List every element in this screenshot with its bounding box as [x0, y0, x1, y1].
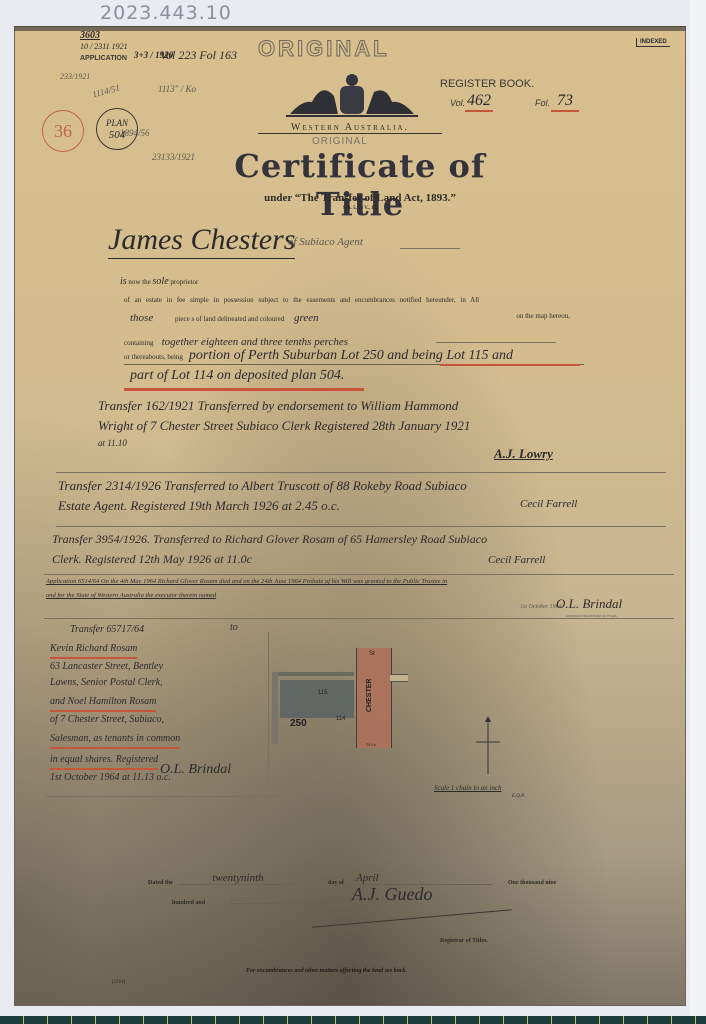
signature: Cecil Farrell	[520, 498, 577, 510]
entry-line: and Noel Hamilton Rosam	[50, 694, 156, 712]
entry-line: to	[230, 622, 238, 633]
rule	[436, 342, 556, 343]
entry-divider	[46, 796, 316, 797]
footer-small: [1914]	[112, 980, 125, 985]
background-margin	[690, 0, 706, 1024]
entry-divider	[56, 526, 666, 527]
body-line-5: or thereabouts, being portion of Perth S…	[124, 346, 584, 365]
line3-text: piece s of land delineated and coloured	[175, 315, 284, 323]
body-line-6: part of Lot 114 on deposited plan 504.	[130, 368, 344, 384]
street-name: CHESTER	[366, 679, 373, 712]
entry-line: Kevin Richard Rosam	[50, 641, 137, 659]
body-line-1: is now the sole proprietor	[120, 276, 198, 287]
fol-label: Fol.	[535, 98, 550, 108]
entry-line: Estate Agent. Registered 19th March 1926…	[58, 498, 340, 514]
perforated-original-stamp: ORIGINAL	[258, 36, 390, 62]
signature: A.J. Lowry	[494, 446, 553, 462]
entry-line: of 7 Chester Street, Subiaco,	[50, 712, 280, 728]
indexed-stamp: INDEXED	[636, 38, 670, 47]
proprietor-name: James Chesters	[108, 222, 295, 259]
plan-number: 504	[109, 129, 126, 141]
registrar-label: Registrar of Titles.	[440, 938, 488, 944]
entry-divider	[44, 618, 674, 619]
count-value: those	[130, 312, 153, 324]
sole-word: sole	[153, 276, 169, 287]
body-line-2: of an estate in fee simple in possession…	[124, 296, 479, 304]
entry-line: Transfer 2314/1926 Transferred to Albert…	[58, 478, 467, 494]
entry-line: Application 6514/64 On the 4th May 1964 …	[46, 578, 447, 585]
hundred-and-label: hundred and	[172, 900, 205, 906]
plan-circle-stamp: PLAN 504	[96, 108, 138, 150]
map-boundary	[272, 672, 354, 676]
scale-note: Scale 1 chain to an inch	[434, 784, 501, 792]
application-label: APPLICATION	[80, 55, 127, 62]
margin-note: 233/1921	[60, 72, 90, 81]
day-of-label: day of	[328, 880, 344, 886]
entry-line: and for the State of Western Australia t…	[46, 592, 216, 599]
signature: O.L. Brindal	[556, 596, 622, 612]
body-line-3: those piece s of land delineated and col…	[130, 312, 570, 324]
red-circle-number: 36	[54, 121, 72, 142]
red-underline	[440, 364, 580, 366]
one-thousand-label: One thousand nine	[508, 880, 556, 886]
red-underline	[124, 388, 364, 391]
paper-top-edge	[14, 26, 686, 31]
red-circle-stamp: 36	[42, 110, 84, 152]
margin-note: 1113" / Ko	[158, 84, 196, 94]
entry-transfer-65717-64: Transfer 65717/64 to Kevin Richard Rosam…	[50, 622, 280, 786]
chester-street	[356, 648, 392, 748]
entry-line: Clerk. Registered 12th May 1926 at 11.0c	[52, 552, 252, 567]
suburban-lot-label: 250	[290, 718, 307, 729]
entry-line: Salesman, as tenants in common	[50, 731, 180, 749]
entry-line: at 11.10	[98, 438, 127, 448]
note-application-small: 10 / 2311 1921	[80, 42, 128, 51]
document-subtitle: under “The Transfer of Land Act, 1893.”	[200, 192, 520, 204]
entry-divider	[56, 472, 666, 473]
proprietor-word: proprietor	[170, 278, 198, 286]
lot-label: 114	[336, 716, 346, 722]
accession-number: 2023.443.10	[100, 2, 232, 24]
dated-label: Dated the	[148, 880, 173, 886]
cutting-mat-ruler	[0, 1016, 706, 1024]
being-label: or thereabouts, being	[124, 353, 183, 361]
now-the: now the	[128, 278, 150, 286]
fol-value: 73	[551, 92, 579, 112]
side-road	[390, 674, 408, 682]
line3-end: on the map hereon,	[516, 312, 570, 320]
dated-year: sixteen	[230, 894, 340, 904]
entry-line: Lawns, Senior Postal Clerk,	[50, 675, 280, 691]
colour-value: green	[294, 312, 319, 324]
map-boundary	[272, 672, 278, 744]
entry-line: Transfer 3954/1926. Transferred to Richa…	[52, 532, 487, 547]
plan-label: PLAN	[106, 117, 128, 129]
dated-day: twentyninth	[178, 872, 298, 885]
entry-divider	[44, 574, 674, 575]
note-number-top: 3603	[80, 30, 100, 41]
entry-line: in equal shares. Registered	[50, 752, 158, 770]
register-book-label: REGISTER BOOK.	[440, 78, 534, 90]
registrar-signature: A.J. Guedo	[352, 884, 432, 905]
lot-label: 115	[318, 690, 328, 696]
signature: O.L. Brindal	[160, 762, 231, 778]
entry-line: Wright of 7 Chester Street Subiaco Clerk…	[98, 418, 470, 434]
land-description: portion of Perth Suburban Lot 250 and be…	[189, 348, 513, 363]
vol-fol-reference: Vol 223 Fol 163	[160, 48, 237, 63]
street-top-label: St	[369, 651, 375, 657]
vertical-rule	[268, 632, 269, 782]
entry-line: Transfer 65717/64	[70, 622, 280, 638]
scale-sub: E.Q.P.	[512, 794, 525, 799]
document-title: Certificate of Title	[200, 147, 520, 223]
crest-caption: Western Australia.	[258, 122, 442, 134]
highlighted-lot	[280, 680, 354, 718]
north-arrow-icon	[474, 716, 502, 776]
sub-reference: Sch. 5, 56 V., 14.	[200, 206, 520, 211]
vol-label: Vol.	[450, 98, 465, 108]
entry-line: 63 Lancaster Street, Bentley	[50, 659, 280, 675]
street-bottom-label: 75 Lk	[366, 742, 376, 747]
proprietor-of: of Subiaco Agent	[288, 236, 363, 248]
rule	[400, 248, 460, 249]
signature: Cecil Farrell	[488, 554, 545, 566]
is-word: is	[120, 276, 127, 287]
vol-value: 462	[465, 92, 493, 112]
royal-coat-of-arms-icon	[282, 70, 422, 118]
entry-line: Transfer 162/1921 Transferred by endorse…	[98, 398, 458, 414]
original-stamp: ORIGINAL	[312, 136, 368, 147]
footer-note: For encumbrances and other matters affec…	[246, 968, 407, 974]
margin-note: 23133/1921	[152, 152, 195, 162]
